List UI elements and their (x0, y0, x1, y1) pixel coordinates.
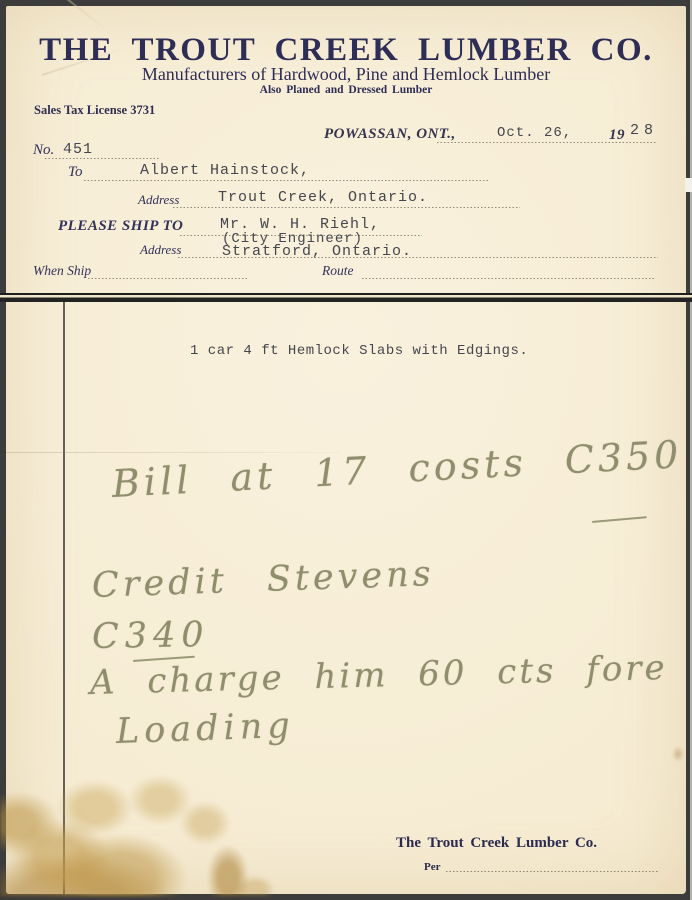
when-ship-label: When Ship (33, 263, 91, 279)
company-tagline: Manufacturers of Hardwood, Pine and Heml… (0, 64, 692, 85)
date-typed: Oct. 26, (497, 125, 572, 141)
footer-company: The Trout Creek Lumber Co. (396, 835, 597, 852)
year-typed: 28 (630, 122, 658, 139)
company-tagline-secondary: Also Planed and Dressed Lumber (0, 84, 692, 96)
handwriting-line: C340 (92, 615, 210, 657)
sales-tax-license: Sales Tax License 3731 (34, 103, 155, 118)
dotted-line-address1 (173, 206, 520, 208)
per-label: Per (424, 861, 440, 873)
address-label: Address (138, 192, 179, 208)
place-dateline: POWASSAN, ONT., (324, 126, 456, 143)
scanned-document: THE TROUT CREEK LUMBER CO. Manufacturers… (0, 0, 692, 900)
ship-to-label: PLEASE SHIP TO (58, 218, 183, 235)
route-label: Route (322, 263, 354, 279)
stain-spot (672, 746, 684, 762)
water-stain (0, 728, 310, 896)
typed-order-line: 1 car 4 ft Hemlock Slabs with Edgings. (190, 343, 528, 359)
scan-tear-notch (685, 178, 692, 192)
dotted-line-whenship (88, 277, 248, 279)
section-divider-rule (0, 293, 692, 302)
dotted-line-to (84, 179, 490, 181)
dotted-line-route (362, 277, 656, 279)
to-label: To (68, 164, 82, 181)
year-printed: 19 (609, 127, 625, 144)
dotted-line-per (446, 870, 658, 872)
order-number-value: 451 (63, 141, 93, 158)
ship-address-label: Address (140, 242, 181, 258)
order-number-label: No. (33, 142, 54, 159)
to-value: Albert Hainstock, (140, 162, 310, 179)
to-address-value: Trout Creek, Ontario. (218, 189, 428, 206)
ship-address-value: Stratford, Ontario. (222, 243, 412, 260)
